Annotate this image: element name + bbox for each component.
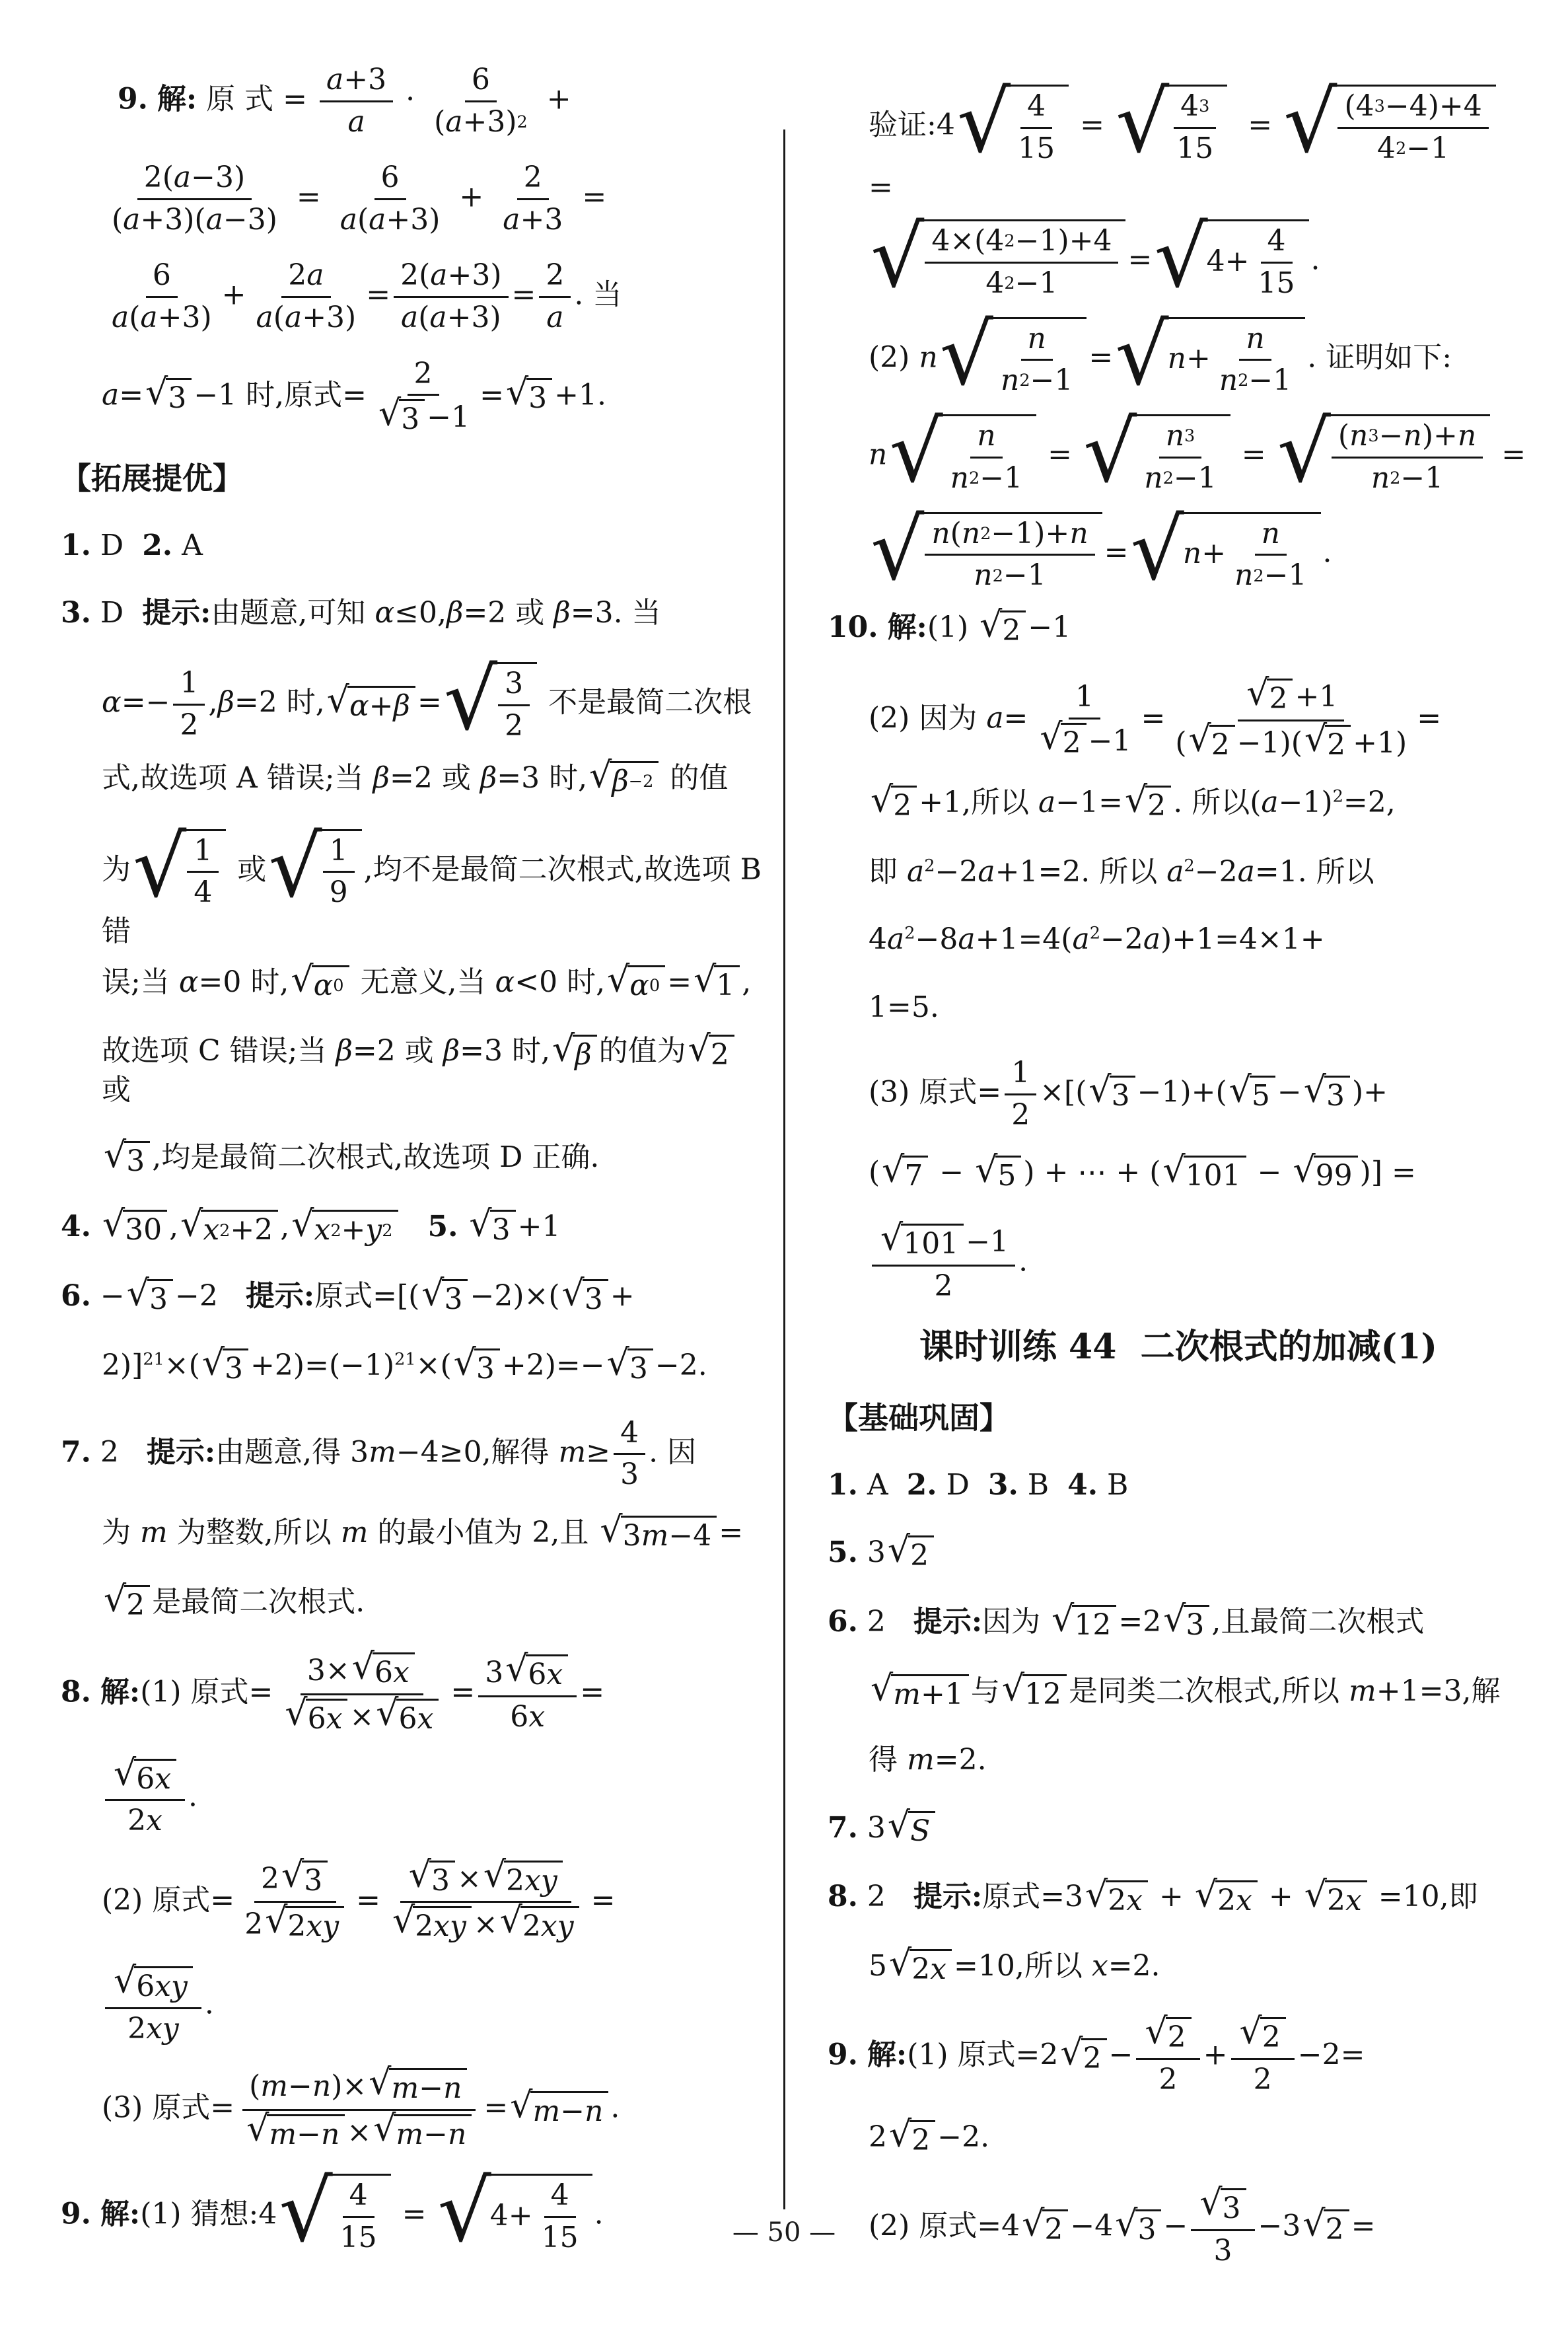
square-root: √14 bbox=[133, 829, 226, 914]
square-root: √2 bbox=[980, 610, 1026, 648]
square-root: √m−n bbox=[369, 2068, 467, 2106]
radical-sign-icon: √ bbox=[1040, 719, 1062, 755]
section-header: 【基础巩固】 bbox=[828, 1399, 1529, 1438]
radical-sign-icon: √ bbox=[469, 1206, 491, 1242]
radical-sign-icon: √ bbox=[327, 682, 349, 718]
radical-sign-icon: √ bbox=[114, 1963, 136, 1999]
fraction: 12 bbox=[1005, 1056, 1036, 1132]
content-line: 7. 2 提示:由题意,得 3m−4≥0,解得 m≥43. 因 bbox=[61, 1417, 771, 1492]
square-root: √2 bbox=[1040, 723, 1086, 760]
square-root: √6x bbox=[352, 1652, 415, 1690]
radical-sign-icon: √ bbox=[291, 1206, 314, 1242]
square-root: √2xy bbox=[483, 1861, 563, 1898]
content-line: (3) 原式=12×[(√3−1)+(√5−√3)+ bbox=[828, 1056, 1529, 1132]
content-line: 5√2x=10,所以 x=2. bbox=[828, 1948, 1529, 1987]
fraction: √3×√2xy√2xy×√2xy bbox=[384, 1861, 588, 1944]
radical-sign-icon: √ bbox=[246, 2110, 269, 2146]
radical-sign-icon: √ bbox=[1304, 1876, 1327, 1912]
fraction: √6xy2xy bbox=[105, 1966, 201, 2046]
section-title: 课时训练 44 二次根式的加减(1) bbox=[828, 1325, 1529, 1370]
square-root: √3 bbox=[562, 1279, 608, 1317]
content-line: 3. D 提示:由题意,可知 α≤0,β=2 或 β=3. 当 bbox=[61, 595, 771, 632]
radical-sign-icon: √ bbox=[940, 313, 993, 398]
content-line: 4a2−8a+1=4(a2−2a)+1=4×1+ bbox=[828, 921, 1529, 958]
radical-sign-icon: √ bbox=[1199, 2185, 1222, 2221]
fraction: √6x2x bbox=[105, 1759, 185, 1838]
square-root: √7 bbox=[882, 1156, 928, 1193]
section-header: 【拓展提优】 bbox=[61, 459, 771, 498]
fraction: √22 bbox=[1136, 2017, 1199, 2096]
square-root: √(43−4)+442−1 bbox=[1283, 85, 1496, 169]
content-line: (2) 因为 a=1√2−1=√2+1(√2−1)(√2+1)= bbox=[828, 679, 1529, 762]
fraction: 2(a−3)(a+3)(a−3) bbox=[105, 161, 284, 237]
square-root: √nn2−1 bbox=[889, 414, 1036, 499]
radical-sign-icon: √ bbox=[281, 1857, 304, 1892]
radical-sign-icon: √ bbox=[1304, 1072, 1326, 1107]
square-root: √2x bbox=[1195, 1880, 1258, 1918]
content-line: 1. D 2. A bbox=[61, 527, 771, 564]
square-root: √6x bbox=[505, 1654, 568, 1692]
content-line: √101−12. bbox=[828, 1224, 1529, 1303]
fraction: 2aa(a+3) bbox=[250, 259, 363, 334]
fraction: 2√32√2xy bbox=[238, 1861, 353, 1944]
content-line: 故选项 C 错误;当 β=2 或 β=3 时,√β的值为√2 或 bbox=[61, 1033, 771, 1109]
radical-sign-icon: √ bbox=[1060, 2034, 1083, 2070]
square-root: √1 bbox=[694, 965, 740, 1003]
content-line: 7. 3√S bbox=[828, 1810, 1529, 1849]
fraction: 12 bbox=[173, 667, 205, 742]
fraction: 43 bbox=[614, 1417, 645, 1492]
content-line: n√nn2−1 = √n3n2−1 = √(n3−n)+nn2−1 = bbox=[828, 414, 1529, 499]
radical-sign-icon: √ bbox=[1246, 675, 1269, 711]
radical-sign-icon: √ bbox=[454, 1345, 476, 1381]
fraction: √101−12 bbox=[872, 1224, 1015, 1303]
radical-sign-icon: √ bbox=[180, 1206, 203, 1242]
workbook-answer-page: 9. 解: 原 式 = a+3a · 6(a+3)2 +2(a−3)(a+3)(… bbox=[0, 0, 1568, 2325]
radical-sign-icon: √ bbox=[102, 1206, 125, 1242]
fraction: 2(a+3)a(a+3) bbox=[394, 259, 508, 334]
radical-sign-icon: √ bbox=[376, 1695, 398, 1731]
square-root: √4+415 bbox=[1154, 219, 1308, 304]
content-line: 9. 解: 原 式 = a+3a · 6(a+3)2 + bbox=[61, 63, 771, 139]
square-root: √2 bbox=[888, 1535, 934, 1573]
fraction: 415 bbox=[1252, 225, 1302, 300]
content-line: (3) 原式=(m−n)×√m−n√m−n×√m−n=√m−n. bbox=[61, 2068, 771, 2151]
radical-sign-icon: √ bbox=[114, 1755, 136, 1790]
fraction: n(n2−1)+nn2−1 bbox=[925, 517, 1094, 593]
content-line: 9. 解:(1) 原式=2√2−√22+√22−2= bbox=[828, 2017, 1529, 2096]
square-root: √2 bbox=[1189, 725, 1235, 762]
radical-sign-icon: √ bbox=[871, 1670, 893, 1706]
square-root: √2 bbox=[1145, 2017, 1191, 2055]
fraction: 19 bbox=[323, 834, 355, 910]
square-root: √n+nn2−1 bbox=[1115, 317, 1305, 402]
radical-sign-icon: √ bbox=[888, 1807, 910, 1843]
content-line: √n(n2−1)+nn2−1=√n+nn2−1. bbox=[828, 512, 1529, 597]
radical-sign-icon: √ bbox=[1293, 1152, 1315, 1188]
square-root: √3 bbox=[1088, 1076, 1135, 1113]
square-root: √3 bbox=[1163, 1605, 1209, 1642]
content-line: 2)]21×(√3+2)=(−1)21×(√3+2)=−√3−2. bbox=[61, 1347, 771, 1386]
content-line: √m+1与√12是同类二次根式,所以 m+1=3,解 bbox=[828, 1673, 1529, 1712]
radical-sign-icon: √ bbox=[369, 2065, 391, 2100]
content-line: 8. 2 提示:原式=3√2x + √2x + √2x =10,即 bbox=[828, 1878, 1529, 1917]
content-line: (2) n√nn2−1=√n+nn2−1. 证明如下: bbox=[828, 317, 1529, 402]
content-line: (√7 − √5) + ⋯ + (√101 − √99)] = bbox=[828, 1154, 1529, 1193]
radical-sign-icon: √ bbox=[562, 1276, 585, 1311]
square-root: √2x bbox=[1304, 1880, 1367, 1918]
square-root: √6xy bbox=[114, 1966, 193, 2004]
radical-sign-icon: √ bbox=[268, 826, 322, 910]
radical-sign-icon: √ bbox=[352, 1649, 374, 1685]
fraction: 14 bbox=[187, 834, 219, 910]
square-root: √3m−4 bbox=[600, 1516, 717, 1553]
square-root: √2 bbox=[688, 1035, 734, 1072]
fraction: nn2−1 bbox=[944, 420, 1029, 495]
square-root: √3 bbox=[378, 399, 425, 437]
radical-sign-icon: √ bbox=[1195, 1876, 1217, 1912]
square-root: √2xy bbox=[500, 1906, 579, 1944]
square-root: √3 bbox=[104, 1141, 150, 1179]
square-root: √5 bbox=[975, 1156, 1021, 1193]
fraction: nn2−1 bbox=[1213, 322, 1298, 398]
fraction: 6a(a+3) bbox=[105, 259, 219, 334]
square-root: √19 bbox=[268, 829, 361, 914]
radical-sign-icon: √ bbox=[444, 659, 497, 743]
content-line: 1. A 2. D 3. B 4. B bbox=[828, 1467, 1529, 1504]
content-line: 误;当 α=0 时,√α0 无意义,当 α<0 时,√α0=√1, bbox=[61, 964, 771, 1003]
radical-sign-icon: √ bbox=[127, 1276, 149, 1311]
content-line: 5. 3√2 bbox=[828, 1534, 1529, 1573]
radical-sign-icon: √ bbox=[980, 607, 1002, 643]
radical-sign-icon: √ bbox=[1145, 2014, 1167, 2049]
square-root: √3 bbox=[127, 1279, 173, 1317]
fraction: (n3−n)+nn2−1 bbox=[1332, 420, 1483, 495]
square-root: √3 bbox=[409, 1861, 455, 1898]
radical-sign-icon: √ bbox=[688, 1031, 711, 1066]
fraction: nn2−1 bbox=[994, 322, 1079, 398]
radical-sign-icon: √ bbox=[871, 216, 924, 301]
fraction: nn2−1 bbox=[1228, 517, 1313, 593]
square-root: √S bbox=[888, 1811, 935, 1849]
radical-sign-icon: √ bbox=[1162, 1152, 1185, 1188]
radical-sign-icon: √ bbox=[1131, 509, 1184, 593]
square-root: √101 bbox=[880, 1224, 964, 1261]
content-line: 2√2−2. bbox=[828, 2119, 1529, 2158]
content-line: 验证:4√415 = √4315 = √(43−4)+442−1 = bbox=[828, 85, 1529, 206]
square-root: √30 bbox=[102, 1210, 167, 1247]
square-root: √m+1 bbox=[871, 1674, 969, 1712]
square-root: √3 bbox=[145, 378, 192, 416]
content-line: 8. 解:(1) 原式=3×√6x√6x×√6x=3√6x6x= bbox=[61, 1652, 771, 1736]
square-root: √2x bbox=[889, 1949, 952, 1987]
square-root: √2x bbox=[1085, 1880, 1148, 1918]
radical-sign-icon: √ bbox=[1051, 1602, 1074, 1637]
square-root: √β bbox=[552, 1035, 597, 1072]
radical-sign-icon: √ bbox=[409, 1857, 431, 1892]
radical-sign-icon: √ bbox=[889, 411, 943, 496]
content-line: a=√3−1 时,原式=2√3−1=√3+1. bbox=[61, 357, 771, 437]
fraction: a+3a bbox=[320, 63, 393, 139]
radical-sign-icon: √ bbox=[589, 758, 612, 793]
fraction: 2√3−1 bbox=[370, 357, 476, 437]
fraction: 32 bbox=[498, 667, 530, 743]
fraction: n3n2−1 bbox=[1137, 420, 1223, 495]
radical-sign-icon: √ bbox=[1083, 411, 1137, 496]
fraction: 4315 bbox=[1170, 90, 1220, 165]
radical-sign-icon: √ bbox=[607, 1345, 629, 1381]
radical-sign-icon: √ bbox=[694, 961, 716, 997]
radical-sign-icon: √ bbox=[202, 1345, 225, 1381]
radical-sign-icon: √ bbox=[1277, 411, 1331, 496]
square-root: √2 bbox=[104, 1585, 150, 1623]
square-root: √2 bbox=[871, 786, 917, 823]
page-footer: — 50 — bbox=[0, 2217, 1568, 2248]
square-root: √n(n2−1)+nn2−1 bbox=[871, 512, 1102, 597]
radical-sign-icon: √ bbox=[880, 1220, 903, 1256]
fraction: 415 bbox=[1011, 90, 1061, 165]
radical-sign-icon: √ bbox=[392, 1903, 415, 1938]
square-root: √12 bbox=[1002, 1674, 1067, 1712]
left-column: 9. 解: 原 式 = a+3a · 6(a+3)2 +2(a−3)(a+3)(… bbox=[61, 63, 771, 2271]
radical-sign-icon: √ bbox=[871, 782, 893, 818]
radical-sign-icon: √ bbox=[291, 961, 313, 997]
radical-sign-icon: √ bbox=[1085, 1876, 1108, 1912]
square-root: √2xy bbox=[265, 1906, 344, 1944]
fraction: 3√6x6x bbox=[478, 1654, 577, 1734]
fraction: √2+1(√2−1)(√2+1) bbox=[1168, 679, 1413, 762]
square-root: √6x bbox=[376, 1699, 439, 1736]
square-root: √3 bbox=[506, 378, 552, 416]
square-root: √3 bbox=[281, 1861, 328, 1898]
radical-sign-icon: √ bbox=[285, 1695, 307, 1731]
radical-sign-icon: √ bbox=[1283, 81, 1337, 166]
square-root: √4×(42−1)+442−1 bbox=[871, 219, 1125, 304]
square-root: √nn2−1 bbox=[940, 317, 1087, 402]
radical-sign-icon: √ bbox=[888, 1532, 910, 1568]
radical-sign-icon: √ bbox=[506, 375, 528, 410]
content-line: √6xy2xy. bbox=[61, 1966, 771, 2046]
square-root: √n+nn2−1 bbox=[1131, 512, 1321, 597]
radical-sign-icon: √ bbox=[882, 1152, 904, 1188]
radical-sign-icon: √ bbox=[500, 1903, 522, 1938]
radical-sign-icon: √ bbox=[975, 1152, 997, 1188]
radical-sign-icon: √ bbox=[1304, 721, 1327, 757]
square-root: √x2+2 bbox=[180, 1210, 278, 1247]
content-line: (2) 原式=2√32√2xy=√3×√2xy√2xy×√2xy= bbox=[61, 1861, 771, 1944]
radical-sign-icon: √ bbox=[133, 826, 186, 910]
radical-sign-icon: √ bbox=[871, 509, 924, 593]
fraction: 4×(42−1)+442−1 bbox=[925, 225, 1118, 300]
radical-sign-icon: √ bbox=[1229, 1072, 1252, 1107]
content-line: 为√14 或√19,均不是最简二次根式,故选项 B 错 bbox=[61, 829, 771, 951]
fraction: 2a+3 bbox=[496, 161, 569, 237]
square-root: √(n3−n)+nn2−1 bbox=[1277, 414, 1491, 499]
square-root: √2 bbox=[889, 2120, 935, 2158]
radical-sign-icon: √ bbox=[378, 396, 401, 431]
content-line: 2(a−3)(a+3)(a−3) = 6a(a+3) + 2a+3 = bbox=[61, 161, 771, 237]
fraction: 2a bbox=[539, 259, 571, 334]
square-root: √n3n2−1 bbox=[1083, 414, 1230, 499]
radical-sign-icon: √ bbox=[889, 2117, 911, 2153]
radical-sign-icon: √ bbox=[552, 1031, 575, 1066]
square-root: √4315 bbox=[1116, 85, 1227, 169]
radical-sign-icon: √ bbox=[1154, 216, 1207, 301]
radical-sign-icon: √ bbox=[505, 1651, 528, 1687]
radical-sign-icon: √ bbox=[104, 1581, 126, 1617]
content-line: 式,故选项 A 错误;当 β=2 或 β=3 时,√β−2 的值 bbox=[61, 760, 771, 799]
square-root: √3 bbox=[421, 1279, 468, 1317]
content-line: 6a(a+3)+2aa(a+3)=2(a+3)a(a+3)=2a. 当 bbox=[61, 259, 771, 334]
square-root: √m−n bbox=[246, 2114, 345, 2152]
square-root: √3 bbox=[202, 1348, 248, 1386]
content-line: α=−12,β=2 时,√α+β=√32 不是最简二次根 bbox=[61, 662, 771, 747]
radical-sign-icon: √ bbox=[600, 1512, 622, 1548]
square-root: √5 bbox=[1229, 1076, 1275, 1113]
square-root: √32 bbox=[444, 662, 537, 747]
square-root: √2 bbox=[1304, 725, 1351, 762]
fraction: 1√2−1 bbox=[1031, 681, 1137, 760]
square-root: √3 bbox=[607, 1348, 653, 1386]
radical-sign-icon: √ bbox=[421, 1276, 444, 1311]
square-root: √α0 bbox=[291, 965, 349, 1003]
radical-sign-icon: √ bbox=[889, 1946, 911, 1981]
fraction: 6(a+3)2 bbox=[427, 63, 534, 139]
content-line: 10. 解:(1) √2−1 bbox=[828, 609, 1529, 648]
radical-sign-icon: √ bbox=[1116, 81, 1169, 166]
square-root: √2 bbox=[1246, 679, 1293, 716]
square-root: √6x bbox=[285, 1699, 347, 1736]
content-line: 6. −√3−2 提示:原式=[(√3−2)×(√3+ bbox=[61, 1278, 771, 1317]
fraction: 3×√6x√6x×√6x bbox=[276, 1652, 447, 1736]
radical-sign-icon: √ bbox=[510, 2088, 532, 2123]
square-root: √99 bbox=[1293, 1156, 1357, 1193]
radical-sign-icon: √ bbox=[104, 1137, 126, 1173]
content-line: 6. 2 提示:因为 √12=2√3,且最简二次根式 bbox=[828, 1604, 1529, 1642]
column-divider bbox=[783, 129, 785, 2209]
radical-sign-icon: √ bbox=[265, 1903, 287, 1938]
radical-sign-icon: √ bbox=[1002, 1670, 1024, 1706]
square-root: √2 bbox=[1240, 2017, 1286, 2055]
square-root: √2 bbox=[1125, 786, 1171, 823]
fraction: √22 bbox=[1231, 2017, 1295, 2096]
square-root: √m−n bbox=[373, 2114, 472, 2152]
content-line: 得 m=2. bbox=[828, 1742, 1529, 1779]
content-line: 即 a2−2a+1=2. 所以 a2−2a=1. 所以 bbox=[828, 854, 1529, 891]
square-root: √101 bbox=[1162, 1156, 1246, 1193]
radical-sign-icon: √ bbox=[1115, 313, 1168, 398]
content-line: √2+1,所以 a−1=√2. 所以(a−1)2=2, bbox=[828, 784, 1529, 823]
square-root: √x2+y2 bbox=[291, 1210, 398, 1247]
radical-sign-icon: √ bbox=[1189, 721, 1211, 757]
right-column: 验证:4√415 = √4315 = √(43−4)+442−1 =√4×(42… bbox=[828, 85, 1529, 2290]
square-root: √3 bbox=[454, 1348, 500, 1386]
content-line: √2是最简二次根式. bbox=[61, 1584, 771, 1623]
radical-sign-icon: √ bbox=[145, 375, 168, 410]
square-root: √3 bbox=[469, 1210, 515, 1247]
radical-sign-icon: √ bbox=[1163, 1602, 1186, 1637]
radical-sign-icon: √ bbox=[1240, 2014, 1262, 2049]
content-line: 1=5. bbox=[828, 989, 1529, 1026]
radical-sign-icon: √ bbox=[483, 1857, 506, 1892]
square-root: √2 bbox=[1060, 2038, 1106, 2076]
fraction: (43−4)+442−1 bbox=[1337, 90, 1488, 165]
square-root: √6x bbox=[114, 1759, 176, 1796]
square-root: √12 bbox=[1051, 1605, 1116, 1642]
content-line: √6x2x. bbox=[61, 1759, 771, 1838]
radical-sign-icon: √ bbox=[957, 81, 1011, 166]
square-root: √α+β bbox=[327, 686, 415, 723]
content-line: √3,均是最简二次根式,故选项 D 正确. bbox=[61, 1139, 771, 1178]
fraction: (m−n)×√m−n√m−n×√m−n bbox=[238, 2068, 480, 2151]
square-root: √3 bbox=[1304, 1076, 1350, 1113]
radical-sign-icon: √ bbox=[373, 2110, 396, 2146]
radical-sign-icon: √ bbox=[1125, 782, 1147, 818]
square-root: √m−n bbox=[510, 2091, 608, 2129]
fraction: 6a(a+3) bbox=[334, 161, 447, 237]
page-number: — 50 — bbox=[732, 2217, 836, 2248]
content-line: 为 m 为整数,所以 m 的最小值为 2,且 √3m−4= bbox=[61, 1514, 771, 1553]
square-root: √α0 bbox=[607, 965, 665, 1003]
square-root: √415 bbox=[957, 85, 1069, 169]
square-root: √2xy bbox=[392, 1906, 472, 1944]
square-root: √β−2 bbox=[589, 761, 659, 799]
content-line: 4. √30,√x2+2,√x2+y2 5. √3+1 bbox=[61, 1208, 771, 1247]
radical-sign-icon: √ bbox=[1088, 1072, 1111, 1107]
radical-sign-icon: √ bbox=[607, 961, 629, 997]
content-line: √4×(42−1)+442−1=√4+415. bbox=[828, 219, 1529, 304]
